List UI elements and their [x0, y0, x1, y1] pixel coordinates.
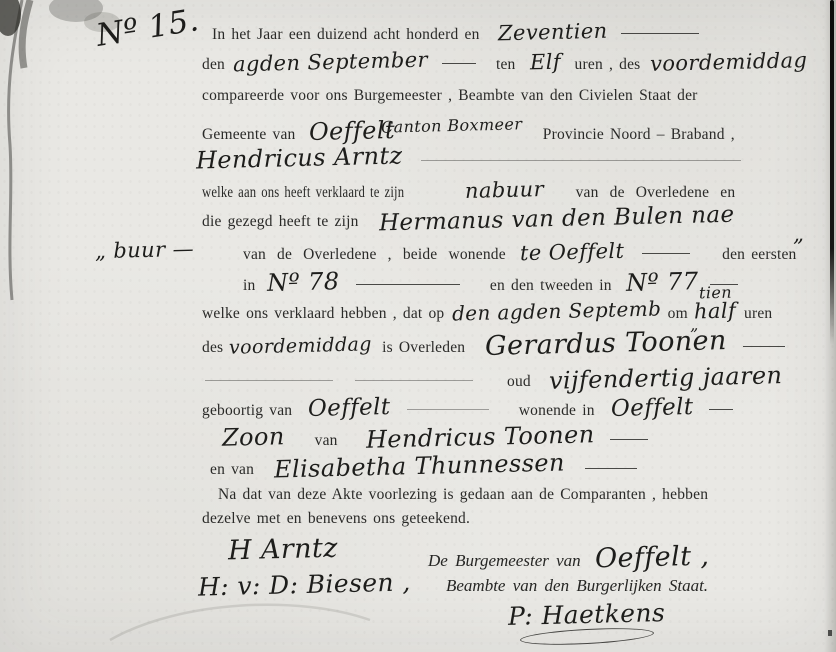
- printed-des: des: [202, 339, 223, 356]
- signature-declarant1: H Arntz: [228, 534, 338, 565]
- hw-dash: [585, 468, 637, 469]
- line-beambte: Beambte van den Burgerlijken Staat.: [446, 576, 708, 596]
- line-age: oud vijfendertig jaaren: [205, 364, 782, 392]
- hw-insertion-tien: tien: [699, 283, 732, 303]
- hw-birthplace: Oeffelt: [308, 394, 391, 422]
- printed-den: den: [202, 56, 225, 73]
- printed-en-van: en van: [210, 461, 254, 478]
- hw-residence-place: te Oeffelt: [520, 239, 625, 266]
- printed-second-declares: die gezegd heeft te zijn: [202, 213, 359, 230]
- printed-relation-text: welke aan ons heeft verklaard te zijn: [202, 184, 404, 202]
- hw-burgemeester-place: Oeffelt ,: [594, 541, 709, 575]
- hw-dash-line: [356, 284, 460, 285]
- printed-province: Provincie Noord – Braband ,: [543, 126, 735, 143]
- printed-is-overleden: is Overleden: [382, 339, 465, 356]
- page-edge-line: [830, 0, 834, 345]
- printed-geboortig-van: geboortig van: [202, 402, 292, 419]
- hw-hour: Elf: [529, 50, 561, 75]
- hw-death-date: den agden Septemb: [452, 296, 662, 325]
- printed-declared-that: welke ons verklaard hebben , dat op: [202, 305, 444, 322]
- printed-year-prefix: In het Jaar een duizend acht honderd en: [212, 26, 480, 43]
- printed-ten: ten: [496, 56, 516, 73]
- hw-dash-line: [407, 409, 489, 410]
- hw-dash: [610, 439, 648, 440]
- hw-canton: Canton Boxmeer: [381, 114, 523, 136]
- hw-zoon: Zoon: [222, 422, 285, 452]
- hw-signature-biesen: H: v: D: Biesen ,: [198, 567, 411, 601]
- line-relation1: welke aan ons heeft verklaard te zijn na…: [202, 178, 735, 202]
- hw-age: vijfendertig jaaren: [549, 361, 783, 395]
- hw-dash: [642, 253, 690, 254]
- printed-beambte-title: Beambte van den Burgerlijken Staat.: [446, 576, 708, 595]
- printed-closing-2: dezelve met en benevens ons geteekend.: [202, 510, 470, 527]
- printed-second-in: en den tweeden in: [490, 277, 612, 294]
- printed-wonende-in: wonende in: [519, 402, 595, 419]
- line-mother: en van Elisabetha Thunnessen: [210, 452, 637, 480]
- line-margin-continuation: „ buur —: [95, 238, 194, 262]
- printed-om: om: [668, 305, 688, 322]
- scan-speck: [828, 630, 832, 636]
- hw-margin-buur: „ buur —: [95, 237, 195, 263]
- printed-oud: oud: [507, 373, 531, 390]
- hw-deceased-name: Gerardus Toonen: [485, 325, 727, 362]
- hw-declarant2-name: Hermanus van den Bulen nae: [378, 202, 734, 237]
- line-house-numbers: in Nº 78 en den tweeden in Nº 77: [243, 268, 738, 296]
- line-death-date: welke ons verklaard hebben , dat op den …: [202, 299, 772, 323]
- line-birthplace: geboortig van Oeffelt wonende in Oeffelt: [202, 395, 733, 421]
- hw-dash: [621, 33, 699, 34]
- hw-year: Zeventien: [497, 19, 607, 46]
- hw-house-number-2: Nº 77: [625, 267, 698, 297]
- printed-gemeente-van: Gemeente van: [202, 126, 295, 143]
- line-date-time: den agden September ten Elf uren , des v…: [202, 50, 808, 74]
- hw-dash-line: [205, 380, 333, 381]
- line-deceased-name: des voordemiddag is Overleden Gerardus T…: [202, 328, 785, 359]
- hw-relation: nabuur: [464, 177, 544, 203]
- line-declarant2: die gezegd heeft te zijn Hermanus van de…: [202, 206, 734, 232]
- printed-both-living: van de Overledene , beide wonende: [243, 246, 506, 263]
- printed-uren: uren: [744, 305, 772, 322]
- line-burgemeester: De Burgemeester van Oeffelt ,: [428, 542, 709, 573]
- printed-official-text: compareerde voor ons Burgemeester , Beam…: [202, 87, 698, 104]
- line-closing2: dezelve met en benevens ons geteekend.: [202, 510, 470, 528]
- line-residence: van de Overledene , beide wonende te Oef…: [243, 240, 796, 264]
- line-year: In het Jaar een duizend acht honderd en …: [212, 20, 699, 44]
- hw-signature-arntz: H Arntz: [228, 533, 339, 567]
- hw-dash: [442, 63, 476, 64]
- signature-burgemeester: P: Haetkens: [508, 600, 665, 629]
- hw-daypart-death: voordemiddag: [229, 333, 372, 358]
- printed-van: van: [315, 432, 338, 449]
- line-closing1: Na dat van deze Akte voorlezing is gedaa…: [218, 486, 708, 504]
- hw-daypart: voordemiddag: [650, 48, 808, 76]
- hw-dash: [709, 409, 733, 410]
- hw-dash: [743, 346, 785, 347]
- line-father: Zoon van Hendricus Toonen: [222, 423, 648, 451]
- line-municipality: Gemeente van Oeffelt Canton Boxmeer Prov…: [202, 117, 735, 145]
- printed-of-deceased: van de Overledene en: [576, 184, 736, 201]
- hw-house-number-1: Nº 78: [267, 267, 340, 297]
- line-declarant1: Hendricus Arntz: [196, 144, 741, 172]
- hw-date: agden September: [233, 48, 429, 77]
- hw-mother-name: Elisabetha Thunnessen: [274, 448, 565, 483]
- hw-dash-line: [355, 380, 473, 381]
- printed-uren-des: uren , des: [575, 56, 641, 73]
- hw-signature-haetkens: P: Haetkens: [508, 598, 666, 631]
- printed-den-eersten: den eersten: [722, 246, 796, 263]
- signature-declarant2: H: v: D: Biesen ,: [198, 570, 411, 599]
- scanned-death-certificate-page: Nº 15. In het Jaar een duizend acht hond…: [0, 0, 836, 652]
- printed-in: in: [243, 277, 255, 294]
- line-official: compareerde voor ons Burgemeester , Beam…: [202, 87, 698, 105]
- hw-declarant1-name: Hendricus Arntz: [196, 141, 403, 174]
- hw-residence: Oeffelt: [610, 394, 693, 422]
- hw-dash-line: [421, 160, 741, 161]
- printed-closing-1: Na dat van deze Akte voorlezing is gedaa…: [218, 486, 708, 503]
- printed-burgemeester-van: De Burgemeester van: [428, 551, 581, 570]
